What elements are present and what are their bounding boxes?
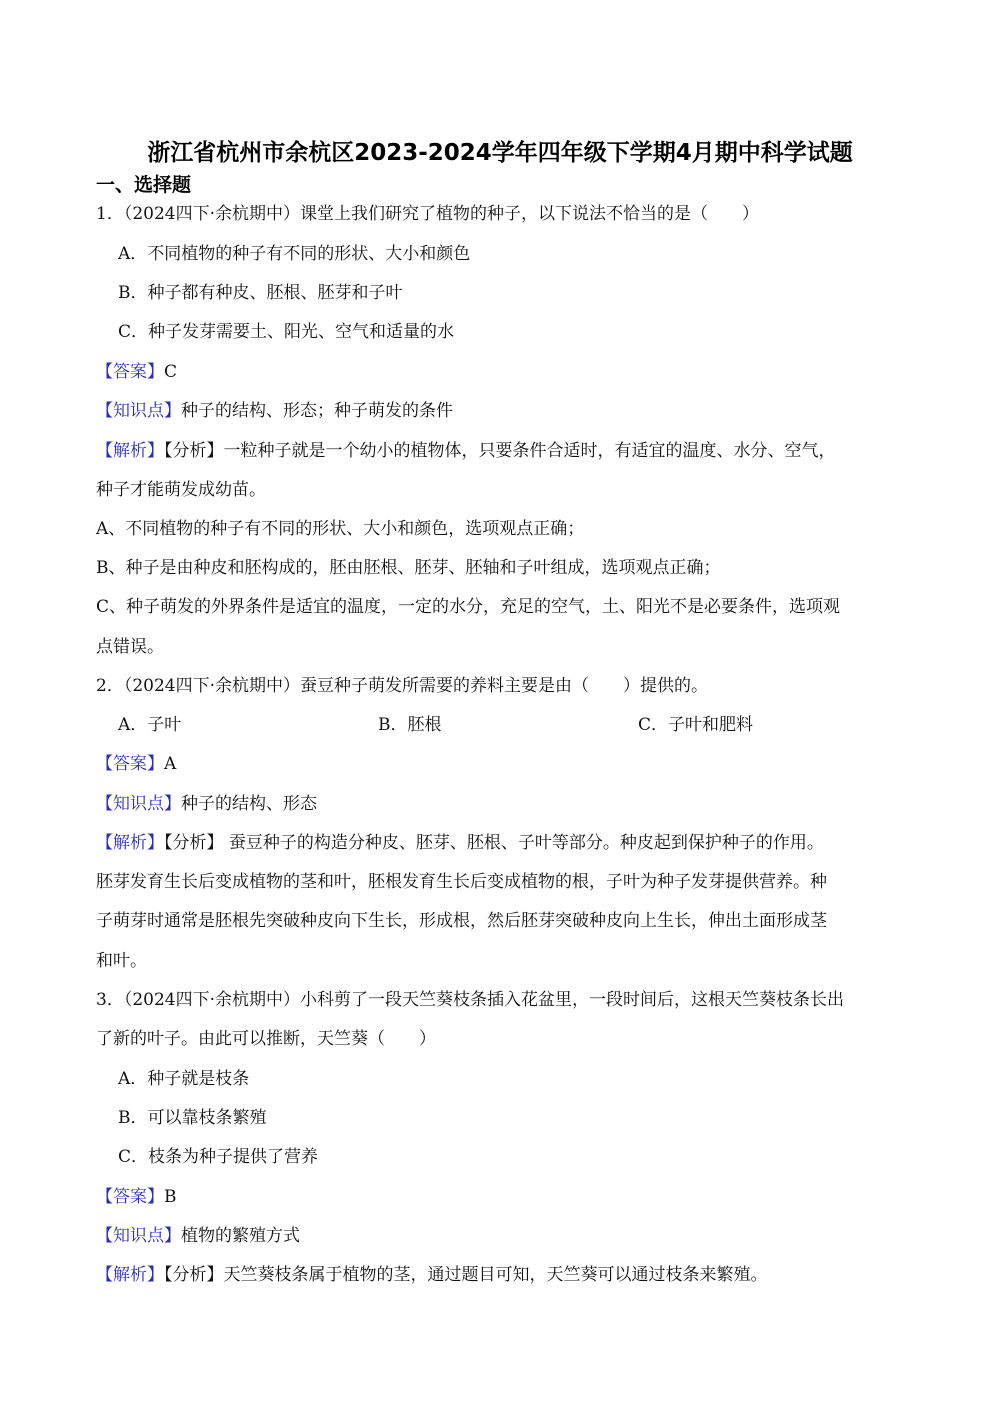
question-2-option-b: B．胚根 (378, 713, 442, 737)
question-2-analysis-line: 子萌芽时通常是胚根先突破种皮向下生长，形成根，然后胚芽突破种皮向上生长，伸出土面… (96, 909, 827, 933)
knowledge-value: 种子的结构、形态 (181, 794, 317, 814)
analysis-text: 【分析】天竺葵枝条属于植物的茎，通过题目可知，天竺葵可以通过枝条来繁殖。 (164, 1265, 768, 1285)
question-1-analysis-line: A、不同植物的种子有不同的形状、大小和颜色，选项观点正确； (96, 517, 584, 541)
knowledge-value: 种子的结构、形态；种子萌发的条件 (181, 401, 453, 421)
answer-label: 【答案】 (96, 754, 164, 774)
question-3-option-a: A．种子就是枝条 (118, 1067, 249, 1091)
answer-value: C (164, 362, 177, 382)
question-3-answer: 【答案】B (96, 1185, 177, 1209)
question-3-option-c: C．枝条为种子提供了营养 (118, 1145, 318, 1169)
knowledge-label: 【知识点】 (96, 1226, 181, 1246)
question-1-analysis: 【解析】【分析】一粒种子就是一个幼小的植物体，只要条件合适时，有适宜的温度、水分… (96, 439, 836, 463)
question-3-stem-line: 了新的叶子。由此可以推断，天竺葵（ ） (96, 1027, 436, 1051)
question-1-option-b: B．种子都有种皮、胚根、胚芽和子叶 (118, 281, 403, 305)
question-2-option-c: C．子叶和肥料 (638, 713, 753, 737)
knowledge-label: 【知识点】 (96, 401, 181, 421)
question-1-analysis-line: C、种子萌发的外界条件是适宜的温度，一定的水分，充足的空气，土、阳光不是必要条件… (96, 595, 840, 619)
answer-label: 【答案】 (96, 362, 164, 382)
question-1-knowledge: 【知识点】种子的结构、形态；种子萌发的条件 (96, 399, 453, 423)
analysis-text: 【分析】 蚕豆种子的构造分种皮、胚芽、胚根、子叶等部分。种皮起到保护种子的作用。 (164, 833, 824, 853)
question-2-analysis-line: 和叶。 (96, 949, 147, 973)
knowledge-value: 植物的繁殖方式 (181, 1226, 300, 1246)
question-3-knowledge: 【知识点】植物的繁殖方式 (96, 1224, 300, 1248)
question-1-option-c: C．种子发芽需要土、阳光、空气和适量的水 (118, 320, 454, 344)
question-1-analysis-line: B、种子是由种皮和胚构成的，胚由胚根、胚芽、胚轴和子叶组成，选项观点正确； (96, 556, 721, 580)
question-1-analysis-line: 点错误。 (96, 635, 164, 659)
question-1-stem: 1．（2024四下·余杭期中）课堂上我们研究了植物的种子，以下说法不恰当的是（ … (96, 202, 759, 226)
document-title: 浙江省杭州市余杭区2023-2024学年四年级下学期4月期中科学试题 (0, 134, 1000, 167)
question-2-option-a: A．子叶 (118, 713, 181, 737)
question-2-stem: 2．（2024四下·余杭期中）蚕豆种子萌发所需要的养料主要是由（ ）提供的。 (96, 674, 708, 698)
analysis-label: 【解析】 (96, 441, 164, 461)
question-1-option-a: A．不同植物的种子有不同的形状、大小和颜色 (118, 242, 470, 266)
question-1-analysis-line: 种子才能萌发成幼苗。 (96, 478, 266, 502)
question-3-option-b: B．可以靠枝条繁殖 (118, 1106, 267, 1130)
answer-value: B (164, 1187, 177, 1207)
knowledge-label: 【知识点】 (96, 794, 181, 814)
analysis-label: 【解析】 (96, 1265, 164, 1285)
analysis-text: 【分析】一粒种子就是一个幼小的植物体，只要条件合适时，有适宜的温度、水分、空气， (164, 441, 836, 461)
question-3-analysis: 【解析】【分析】天竺葵枝条属于植物的茎，通过题目可知，天竺葵可以通过枝条来繁殖。 (96, 1263, 768, 1287)
question-2-knowledge: 【知识点】种子的结构、形态 (96, 792, 317, 816)
question-1-answer: 【答案】C (96, 360, 177, 384)
analysis-label: 【解析】 (96, 833, 164, 853)
question-2-analysis-line: 胚芽发育生长后变成植物的茎和叶，胚根发育生长后变成植物的根，子叶为种子发芽提供营… (96, 870, 827, 894)
answer-value: A (164, 754, 176, 774)
question-2-answer: 【答案】A (96, 752, 176, 776)
question-3-stem: 3．（2024四下·余杭期中）小科剪了一段天竺葵枝条插入花盆里，一段时间后，这根… (96, 988, 844, 1012)
question-2-analysis: 【解析】【分析】 蚕豆种子的构造分种皮、胚芽、胚根、子叶等部分。种皮起到保护种子… (96, 831, 824, 855)
section-heading: 一、选择题 (96, 170, 191, 197)
answer-label: 【答案】 (96, 1187, 164, 1207)
